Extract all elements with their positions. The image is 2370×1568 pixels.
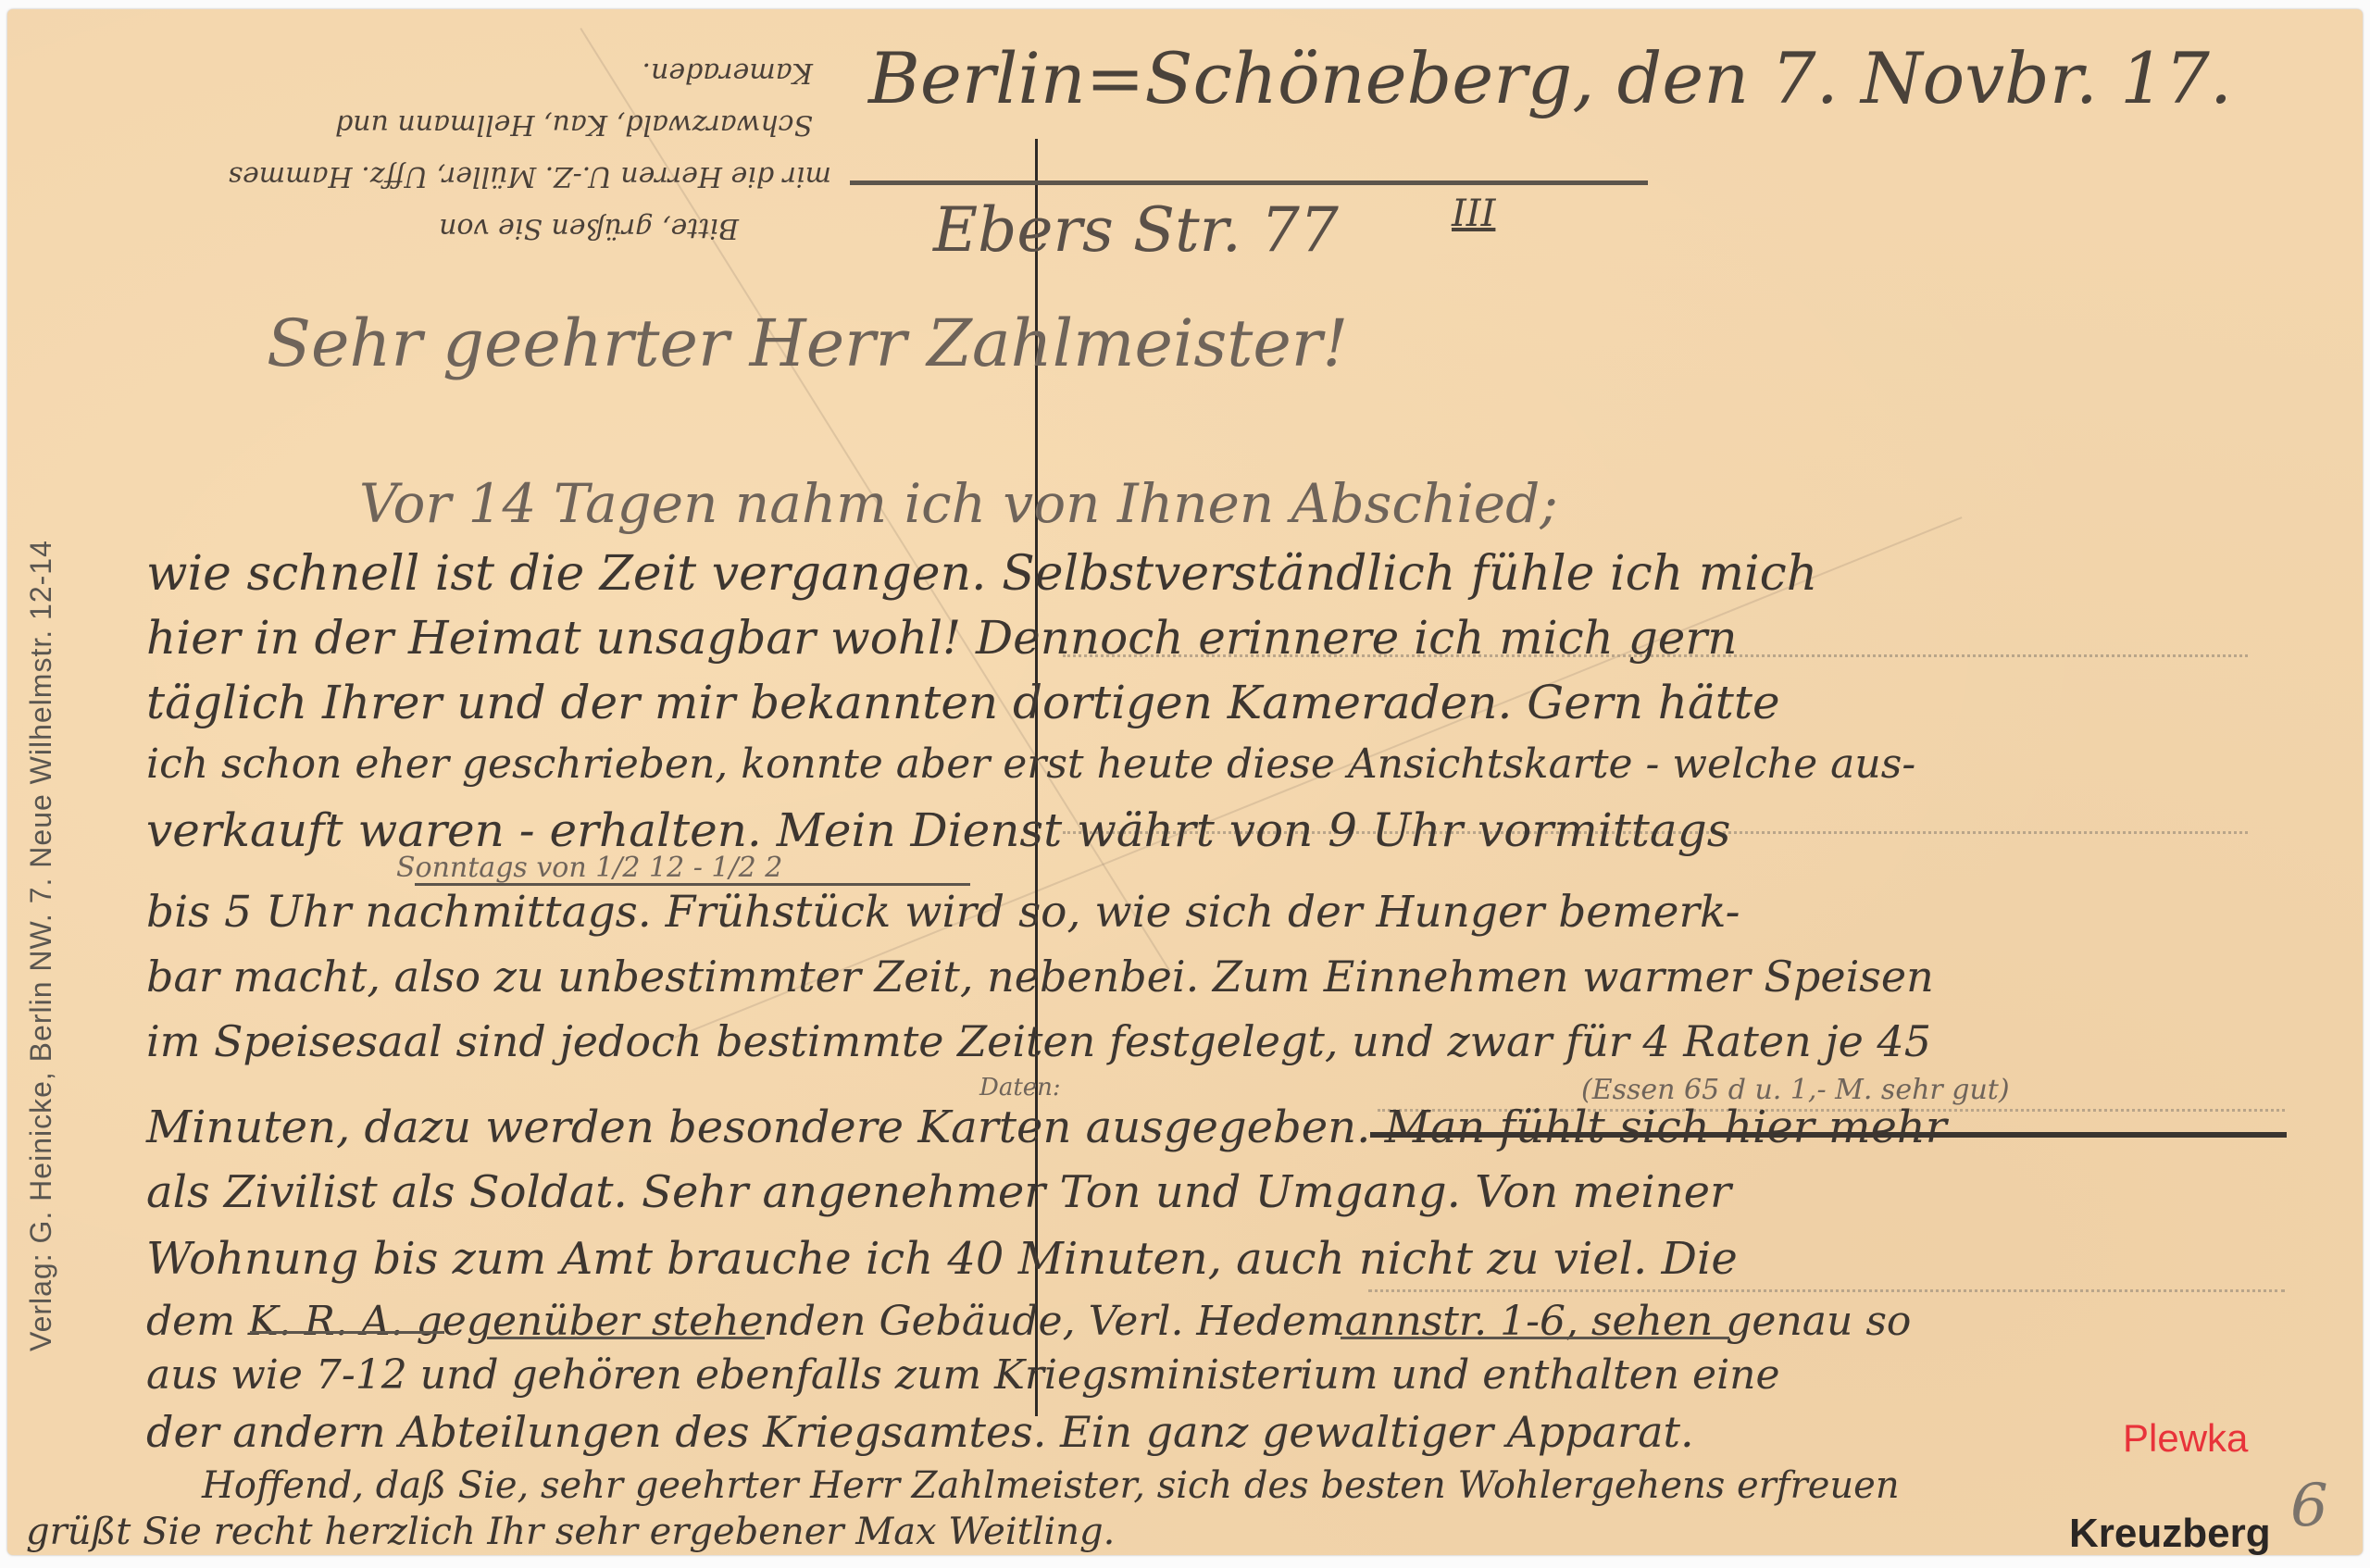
upside-down-note: Bitte, grüßen Sie von mir die Herren U.-…: [17, 46, 850, 254]
body-line: als Zivilist als Soldat. Sehr angenehmer…: [146, 1166, 1731, 1218]
body-line: Minuten, dazu werden besondere Karten au…: [146, 1101, 1947, 1153]
body-line: Vor 14 Tagen nahm ich von Ihnen Abschied…: [359, 472, 1558, 535]
body-line: hier in der Heimat unsagbar wohl! Dennoc…: [146, 611, 1737, 665]
sundays-note: Sonntags von 1/2 12 - 1/2 2: [396, 852, 782, 884]
sundays-note-underline: [415, 883, 970, 886]
hedemann-underline: [1341, 1337, 1729, 1339]
address-dotted-line: [1368, 1289, 2285, 1292]
daten-note: Daten:: [979, 1074, 1061, 1101]
sender-address: Ebers Str. 77: [933, 194, 1339, 266]
header-underline: [850, 180, 1648, 185]
body-line: wie schnell ist die Zeit vergangen. Selb…: [146, 546, 1817, 602]
body-line: im Speisesaal sind jedoch bestimmte Zeit…: [146, 1016, 1931, 1066]
body-line: Wohnung bis zum Amt brauche ich 40 Minut…: [146, 1233, 1738, 1285]
body-line: täglich Ihrer und der mir bekannten dort…: [146, 676, 1780, 729]
body-line: bar macht, also zu unbestimmter Zeit, ne…: [146, 952, 1934, 1002]
publisher-imprint: Verlag: G. Heinicke, Berlin NW. 7. Neue …: [24, 540, 58, 1351]
upside-note-line: Kameraden.: [17, 46, 850, 98]
body-line: verkauft waren - erhalten. Mein Dienst w…: [146, 803, 1730, 857]
upside-note-line: mir die Herren U.-Z. Müller, Uffz. Hamme…: [17, 150, 850, 202]
upside-note-line: Bitte, grüßen Sie von: [17, 202, 850, 254]
red-stamp: Plewka: [2123, 1416, 2248, 1461]
kra-underline: [250, 1331, 444, 1334]
gegenueber-underline: [487, 1337, 765, 1339]
postcard: Verlag: G. Heinicke, Berlin NW. 7. Neue …: [7, 9, 2363, 1555]
body-line: ich schon eher geschrieben, konnte aber …: [146, 740, 1915, 788]
upside-note-line: Schwarzwald, Kau, Hellmann und: [17, 98, 850, 150]
pencil-number: 6: [2290, 1472, 2328, 1540]
body-line: bis 5 Uhr nachmittags. Frühstück wird so…: [146, 887, 1740, 938]
body-line: Hoffend, daß Sie, sehr geehrter Herr Zah…: [202, 1464, 1900, 1507]
body-line: aus wie 7-12 und gehören ebenfalls zum K…: [146, 1351, 1780, 1399]
closing-line: grüßt Sie recht herzlich Ihr sehr ergebe…: [26, 1511, 1115, 1553]
black-stamp: Kreuzberg: [2069, 1511, 2271, 1557]
sender-floor: III: [1452, 193, 1495, 235]
body-line: der andern Abteilungen des Kriegsamtes. …: [146, 1407, 1694, 1457]
place-date: Berlin=Schöneberg, den 7. Novbr. 17.: [868, 37, 2232, 119]
salutation: Sehr geehrter Herr Zahlmeister!: [267, 305, 1348, 381]
